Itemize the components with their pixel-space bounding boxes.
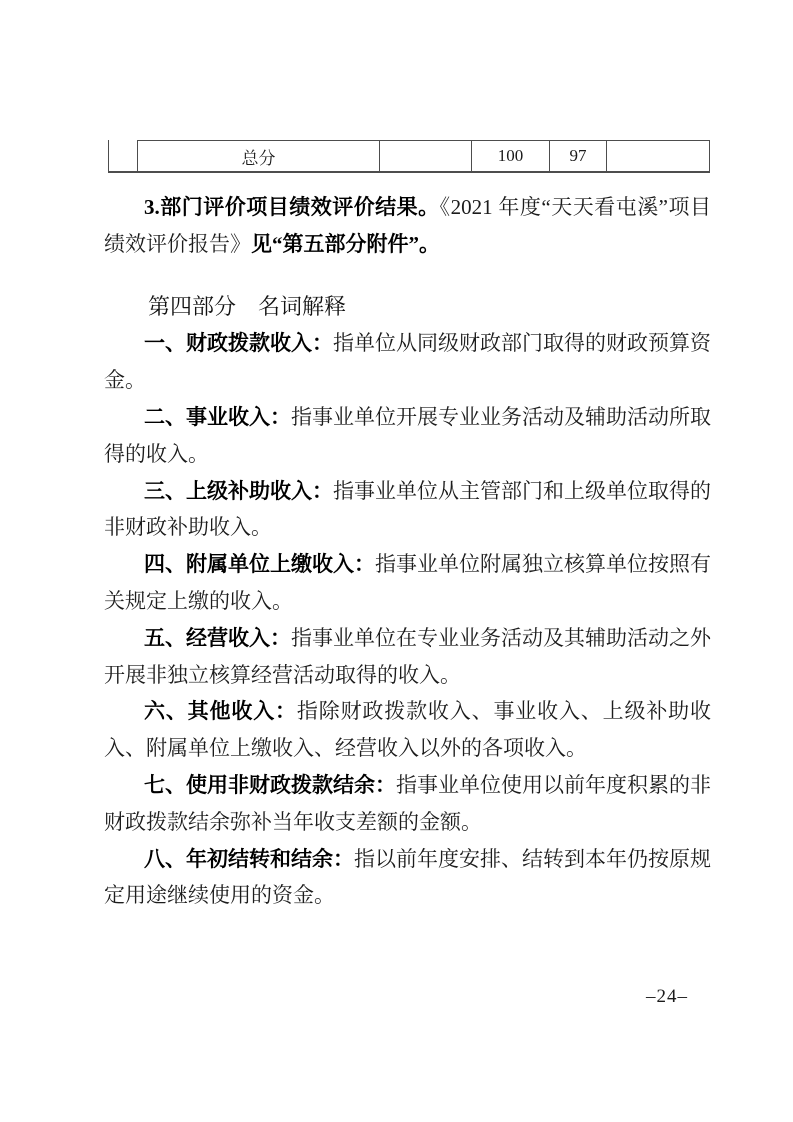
definition-term: 三、上级补助收入： — [144, 479, 333, 503]
table-cell-full-score: 100 — [472, 140, 550, 171]
table-cell-empty — [380, 140, 472, 171]
definition-item-3: 三、上级补助收入：指事业单位从主管部门和上级单位取得的非财政补助收入。 — [104, 473, 711, 547]
definition-item-7: 七、使用非财政拨款结余：指事业单位使用以前年度积累的非财政拨款结余弥补当年收支差… — [104, 767, 711, 841]
definition-term: 五、经营收入： — [144, 626, 291, 650]
definition-item-8: 八、年初结转和结余：指以前年度安排、结转到本年仍按原规定用途继续使用的资金。 — [104, 841, 711, 915]
definition-item-2: 二、事业收入：指事业单位开展专业业务活动及辅助活动所取得的收入。 — [104, 399, 711, 473]
definition-term: 六、其他收入： — [144, 699, 297, 723]
table-cell-merged-spacer — [108, 140, 138, 171]
definition-term: 八、年初结转和结余： — [144, 847, 354, 871]
definition-item-4: 四、附属单位上缴收入：指事业单位附属独立核算单位按照有关规定上缴的收入。 — [104, 546, 711, 620]
definition-term: 二、事业收入： — [144, 405, 291, 429]
result-lead-bold: 3.部门评价项目绩效评价结果。 — [144, 195, 440, 219]
definition-term: 七、使用非财政拨款结余： — [144, 773, 396, 797]
evaluation-result-paragraph: 3.部门评价项目绩效评价结果。《2021 年度“天天看屯溪”项目绩效评价报告》见… — [104, 189, 711, 263]
document-body: 3.部门评价项目绩效评价结果。《2021 年度“天天看屯溪”项目绩效评价报告》见… — [104, 189, 711, 914]
table-cell-total-label: 总分 — [138, 140, 380, 171]
definition-item-5: 五、经营收入：指事业单位在专业业务活动及其辅助活动之外开展非独立核算经营活动取得… — [104, 620, 711, 694]
definition-term: 四、附属单位上缴收入： — [144, 552, 375, 576]
definition-item-6: 六、其他收入：指除财政拨款收入、事业收入、上级补助收入、附属单位上缴收入、经营收… — [104, 693, 711, 767]
page-number: –24– — [646, 986, 688, 1008]
table-cell-score: 97 — [550, 140, 607, 171]
section-heading-part4: 第四部分 名词解释 — [104, 289, 711, 326]
table-cell-empty-right — [607, 140, 710, 171]
definition-term: 一、财政拨款收入： — [144, 331, 333, 355]
score-table: 总分 100 97 — [108, 140, 710, 173]
result-tail-bold: 见“第五部分附件”。 — [251, 232, 440, 256]
document-page: 总分 100 97 3.部门评价项目绩效评价结果。《2021 年度“天天看屯溪”… — [0, 0, 793, 1122]
definition-item-1: 一、财政拨款收入：指单位从同级财政部门取得的财政预算资金。 — [104, 325, 711, 399]
